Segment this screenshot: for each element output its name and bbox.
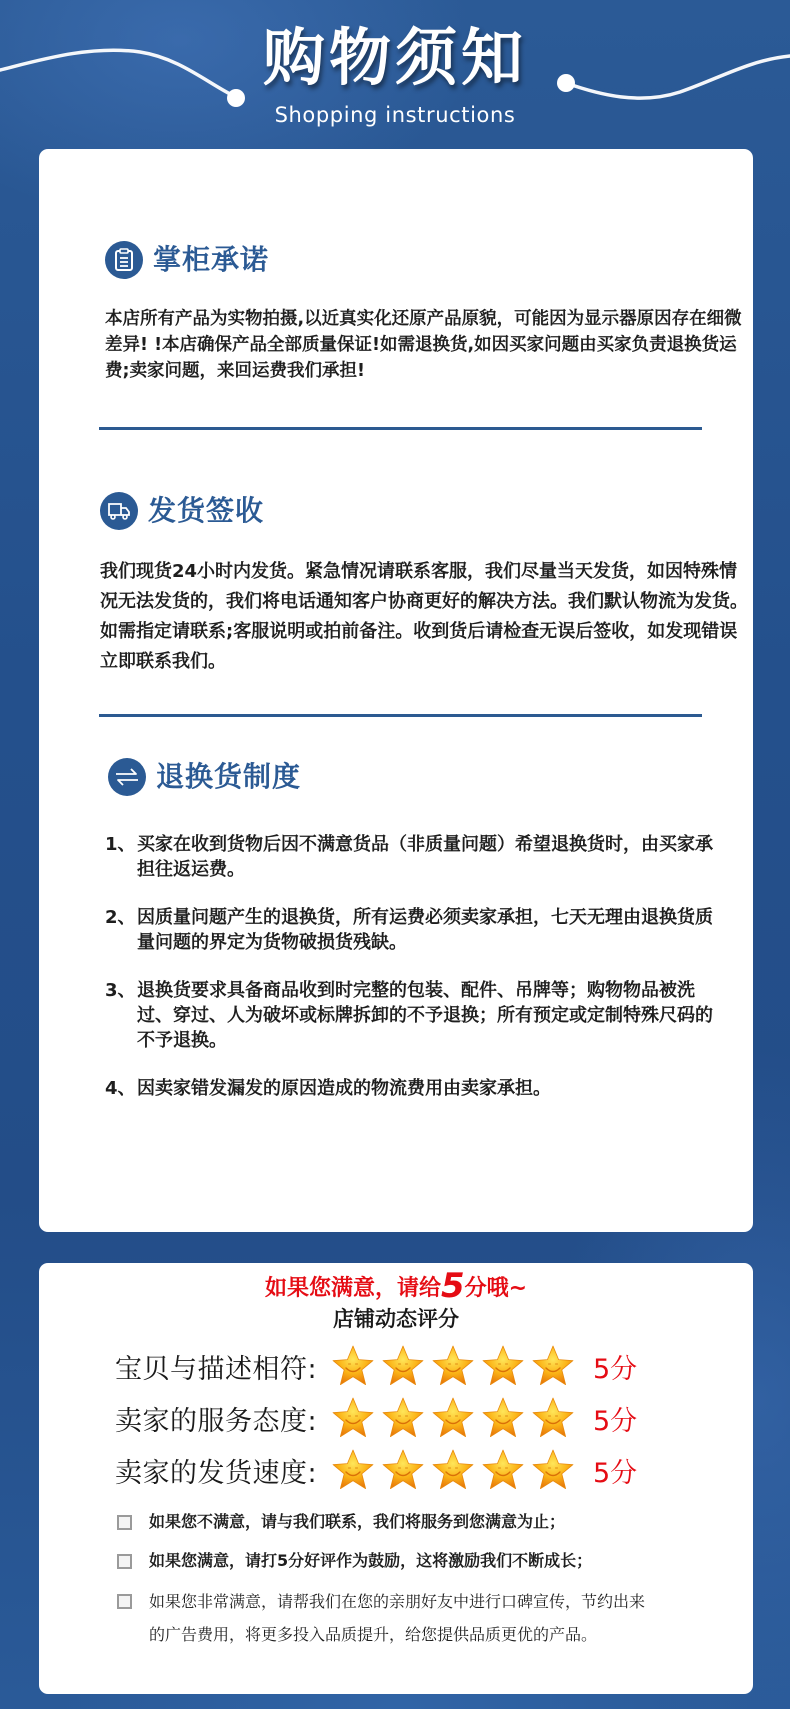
star-icon [531, 1396, 575, 1440]
star-icon [531, 1448, 575, 1492]
shopping-notes-card: 掌柜承诺 本店所有产品为实物拍摄,以近真实化还原产品原貌，可能因为显示器原因存在… [39, 149, 753, 1232]
star-rating [331, 1448, 581, 1492]
returns-policy-list: 1、 买家在收到货物后因不满意货品（非质量问题）希望退换货时，由买家承担往返运费… [105, 832, 725, 1101]
section-title: 掌柜承诺 [153, 242, 269, 278]
star-rating [331, 1344, 581, 1388]
checkbox-icon [117, 1594, 132, 1609]
exchange-arrows-icon [108, 758, 146, 796]
rating-row-shipping: 卖家的发货速度: 5分 [115, 1447, 637, 1493]
rating-score: 5分 [593, 1399, 637, 1438]
star-icon [481, 1448, 525, 1492]
note-item: 如果您不满意，请与我们联系，我们将服务到您满意为止； [117, 1510, 649, 1534]
rating-heading: 店铺动态评分 [39, 1305, 753, 1333]
star-icon [331, 1344, 375, 1388]
list-item: 1、 买家在收到货物后因不满意货品（非质量问题）希望退换货时，由买家承担往返运费… [105, 832, 725, 882]
star-icon [431, 1448, 475, 1492]
star-icon [531, 1344, 575, 1388]
delivery-truck-icon [100, 492, 138, 530]
page-subtitle: Shopping instructions [0, 102, 790, 128]
star-icon [481, 1396, 525, 1440]
checkbox-icon [117, 1515, 132, 1530]
list-item: 4、 因卖家错发漏发的原因造成的物流费用由卖家承担。 [105, 1076, 725, 1101]
star-icon [381, 1448, 425, 1492]
section-header-promise: 掌柜承诺 [105, 241, 269, 279]
checkbox-icon [117, 1554, 132, 1569]
rating-row-description: 宝贝与描述相符: 5分 [115, 1343, 637, 1389]
list-item: 2、 因质量问题产生的退换货，所有运费必须卖家承担，七天无理由退换货质量问题的界… [105, 905, 725, 955]
page-title: 购物须知 [0, 22, 790, 94]
promise-text: 本店所有产品为实物拍摄,以近真实化还原产品原貌，可能因为显示器原因存在细微差异!… [105, 306, 745, 384]
star-rating [331, 1396, 581, 1440]
clipboard-icon [105, 241, 143, 279]
section-header-delivery: 发货签收 [100, 492, 264, 530]
section-title: 退换货制度 [156, 759, 301, 795]
delivery-text: 我们现货24小时内发货。紧急情况请联系客服，我们尽量当天发货，如因特殊情况无法发… [100, 557, 750, 677]
rating-promo-banner: 如果您满意，请给5分哦~ [39, 1271, 753, 1304]
star-icon [331, 1448, 375, 1492]
star-icon [381, 1344, 425, 1388]
list-item: 3、 退换货要求具备商品收到时完整的包装、配件、吊牌等；购物物品被洗过、穿过、人… [105, 978, 725, 1053]
star-icon [431, 1396, 475, 1440]
star-icon [331, 1396, 375, 1440]
rating-row-service: 卖家的服务态度: 5分 [115, 1395, 637, 1441]
rating-score: 5分 [593, 1451, 637, 1490]
note-item: 如果您满意，请打5分好评作为鼓励，这将激励我们不断成长； [117, 1549, 649, 1573]
star-icon [381, 1396, 425, 1440]
section-header-returns: 退换货制度 [108, 758, 301, 796]
star-icon [481, 1344, 525, 1388]
page-header: 购物须知 Shopping instructions [0, 0, 790, 150]
section-divider [99, 427, 702, 430]
store-rating-card: 如果您满意，请给5分哦~ 店铺动态评分 宝贝与描述相符: 5分 卖家的服务态度:… [39, 1263, 753, 1694]
section-title: 发货签收 [148, 493, 264, 529]
star-icon [431, 1344, 475, 1388]
section-divider [99, 714, 702, 717]
rating-score: 5分 [593, 1347, 637, 1386]
note-item: 如果您非常满意，请帮我们在您的亲朋好友中进行口碑宣传，节约出来的广告费用，将更多… [117, 1589, 654, 1651]
